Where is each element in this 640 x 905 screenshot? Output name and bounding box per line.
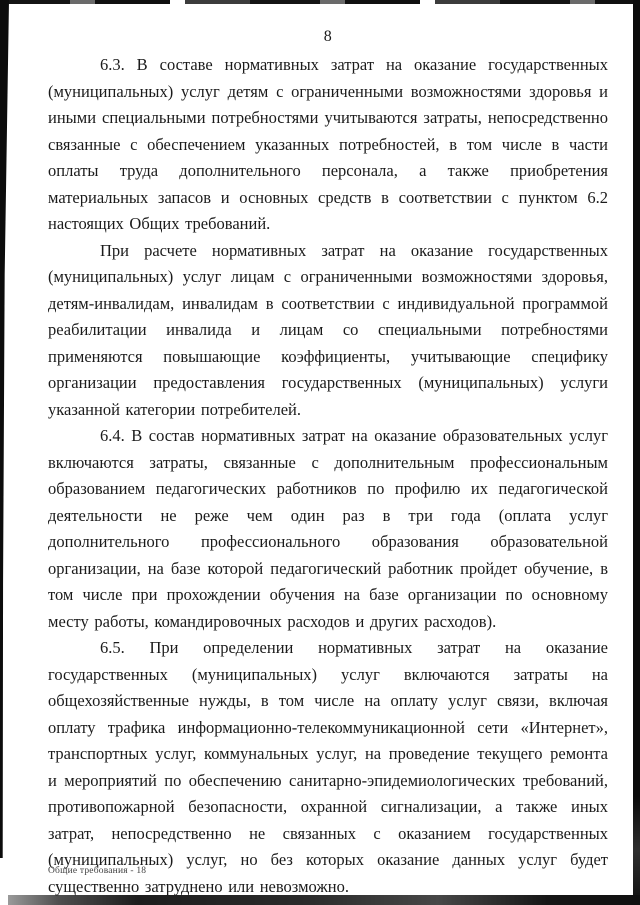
footer-document-label: Общие требования - 18	[48, 866, 146, 876]
paragraph-6-3: 6.3. В составе нормативных затрат на ока…	[48, 52, 608, 238]
paragraph-6-5: 6.5. При определении нормативных затрат …	[48, 635, 608, 900]
scan-edge-top	[0, 0, 640, 4]
paragraph-6-4: 6.4. В состав нормативных затрат на оказ…	[48, 423, 608, 635]
scan-edge-right	[633, 0, 640, 905]
page-number: 8	[48, 28, 608, 46]
scan-edge-left	[0, 0, 9, 858]
paragraph-6-3-continuation: При расчете нормативных затрат на оказан…	[48, 238, 608, 424]
document-body: 6.3. В составе нормативных затрат на ока…	[48, 52, 608, 900]
scanned-document-page: 8 6.3. В составе нормативных затрат на о…	[0, 0, 640, 905]
